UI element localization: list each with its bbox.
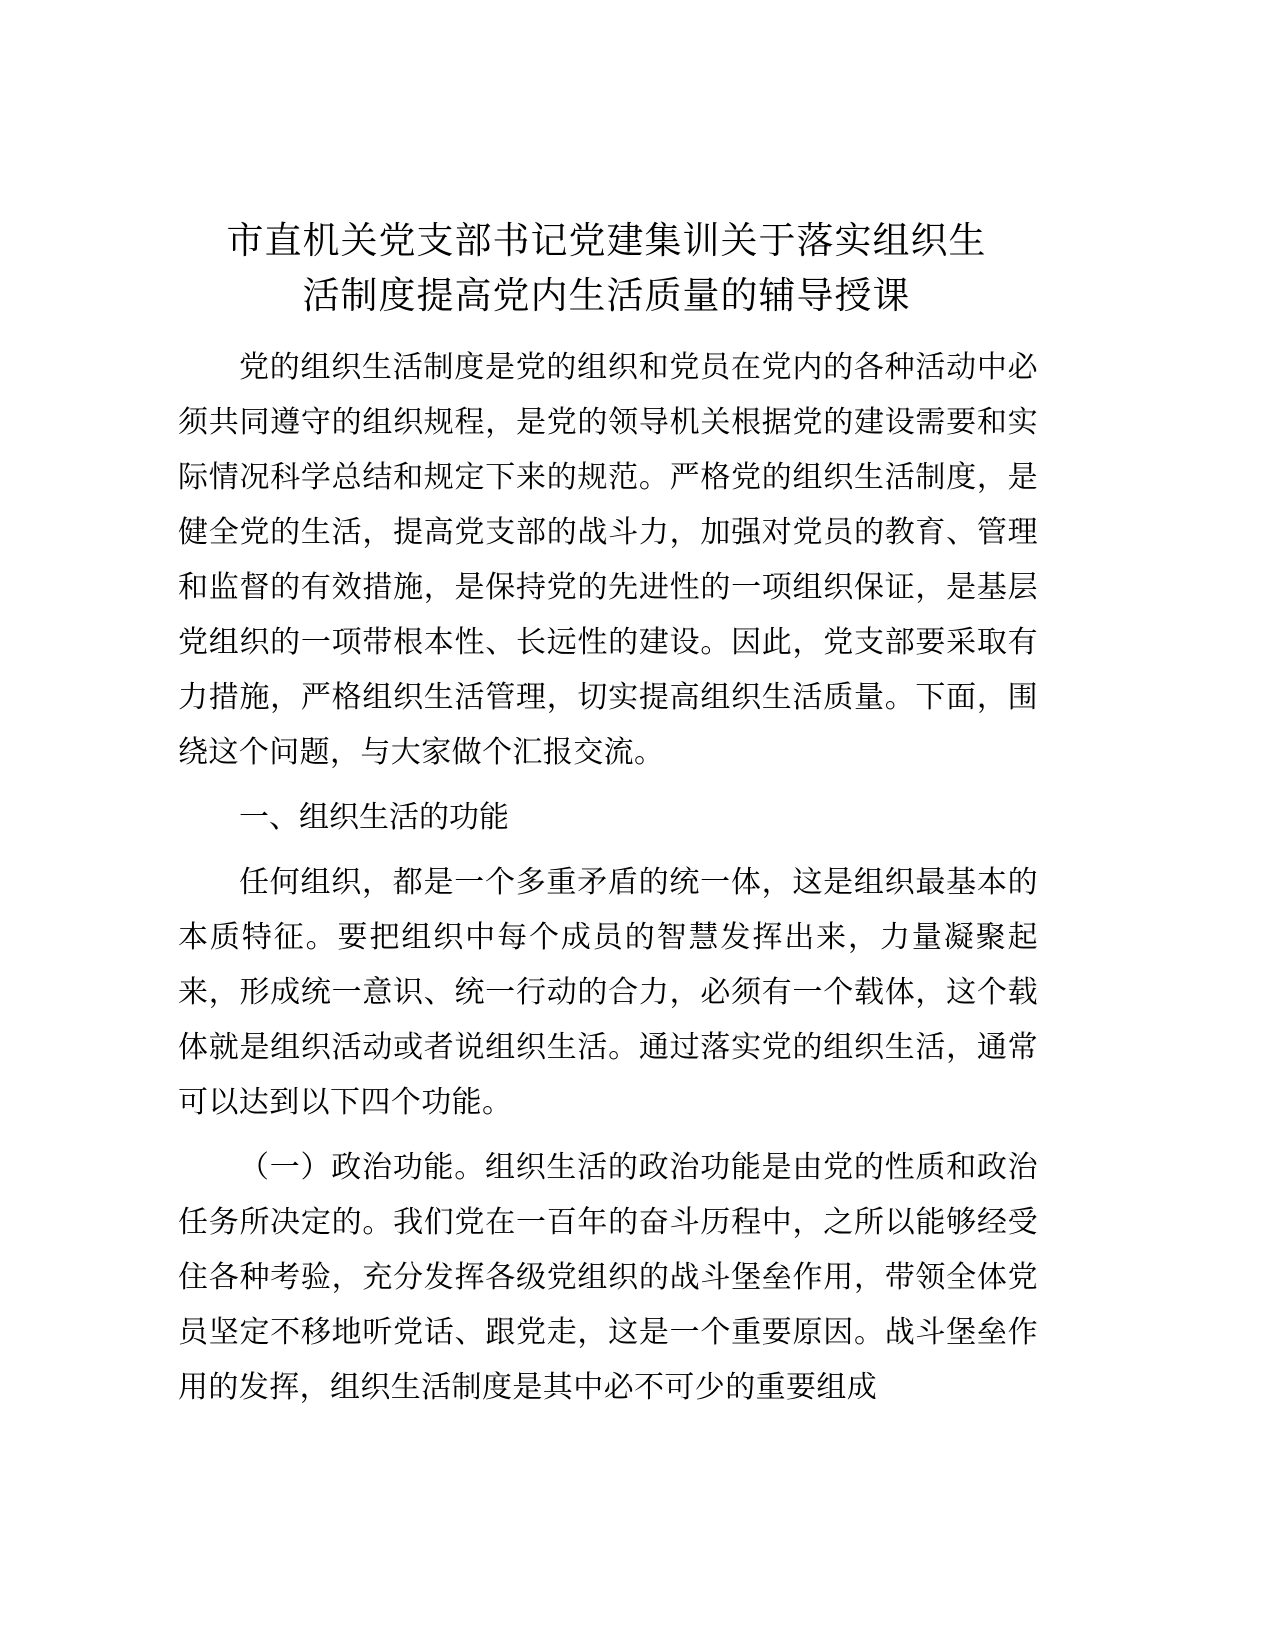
political-function-paragraph: （一）政治功能。组织生活的政治功能是由党的性质和政治任务所决定的。我们党在一百年… <box>178 1140 1038 1415</box>
intro-paragraph: 党的组织生活制度是党的组织和党员在党内的各种活动中必须共同遵守的组织规程，是党的… <box>178 340 1038 780</box>
title-line-1: 市直机关党支部书记党建集训关于落实组织生 <box>178 213 1035 268</box>
section-1-paragraph: 任何组织，都是一个多重矛盾的统一体，这是组织最基本的本质特征。要把组织中每个成员… <box>178 855 1038 1130</box>
document-title: 市直机关党支部书记党建集训关于落实组织生 活制度提高党内生活质量的辅导授课 <box>178 213 1035 323</box>
title-line-2: 活制度提高党内生活质量的辅导授课 <box>178 268 1035 323</box>
document-page: 市直机关党支部书记党建集训关于落实组织生 活制度提高党内生活质量的辅导授课 党的… <box>0 0 1275 1650</box>
section-heading-1: 一、组织生活的功能 <box>178 790 1038 845</box>
document-body: 党的组织生活制度是党的组织和党员在党内的各种活动中必须共同遵守的组织规程，是党的… <box>178 340 1038 1425</box>
